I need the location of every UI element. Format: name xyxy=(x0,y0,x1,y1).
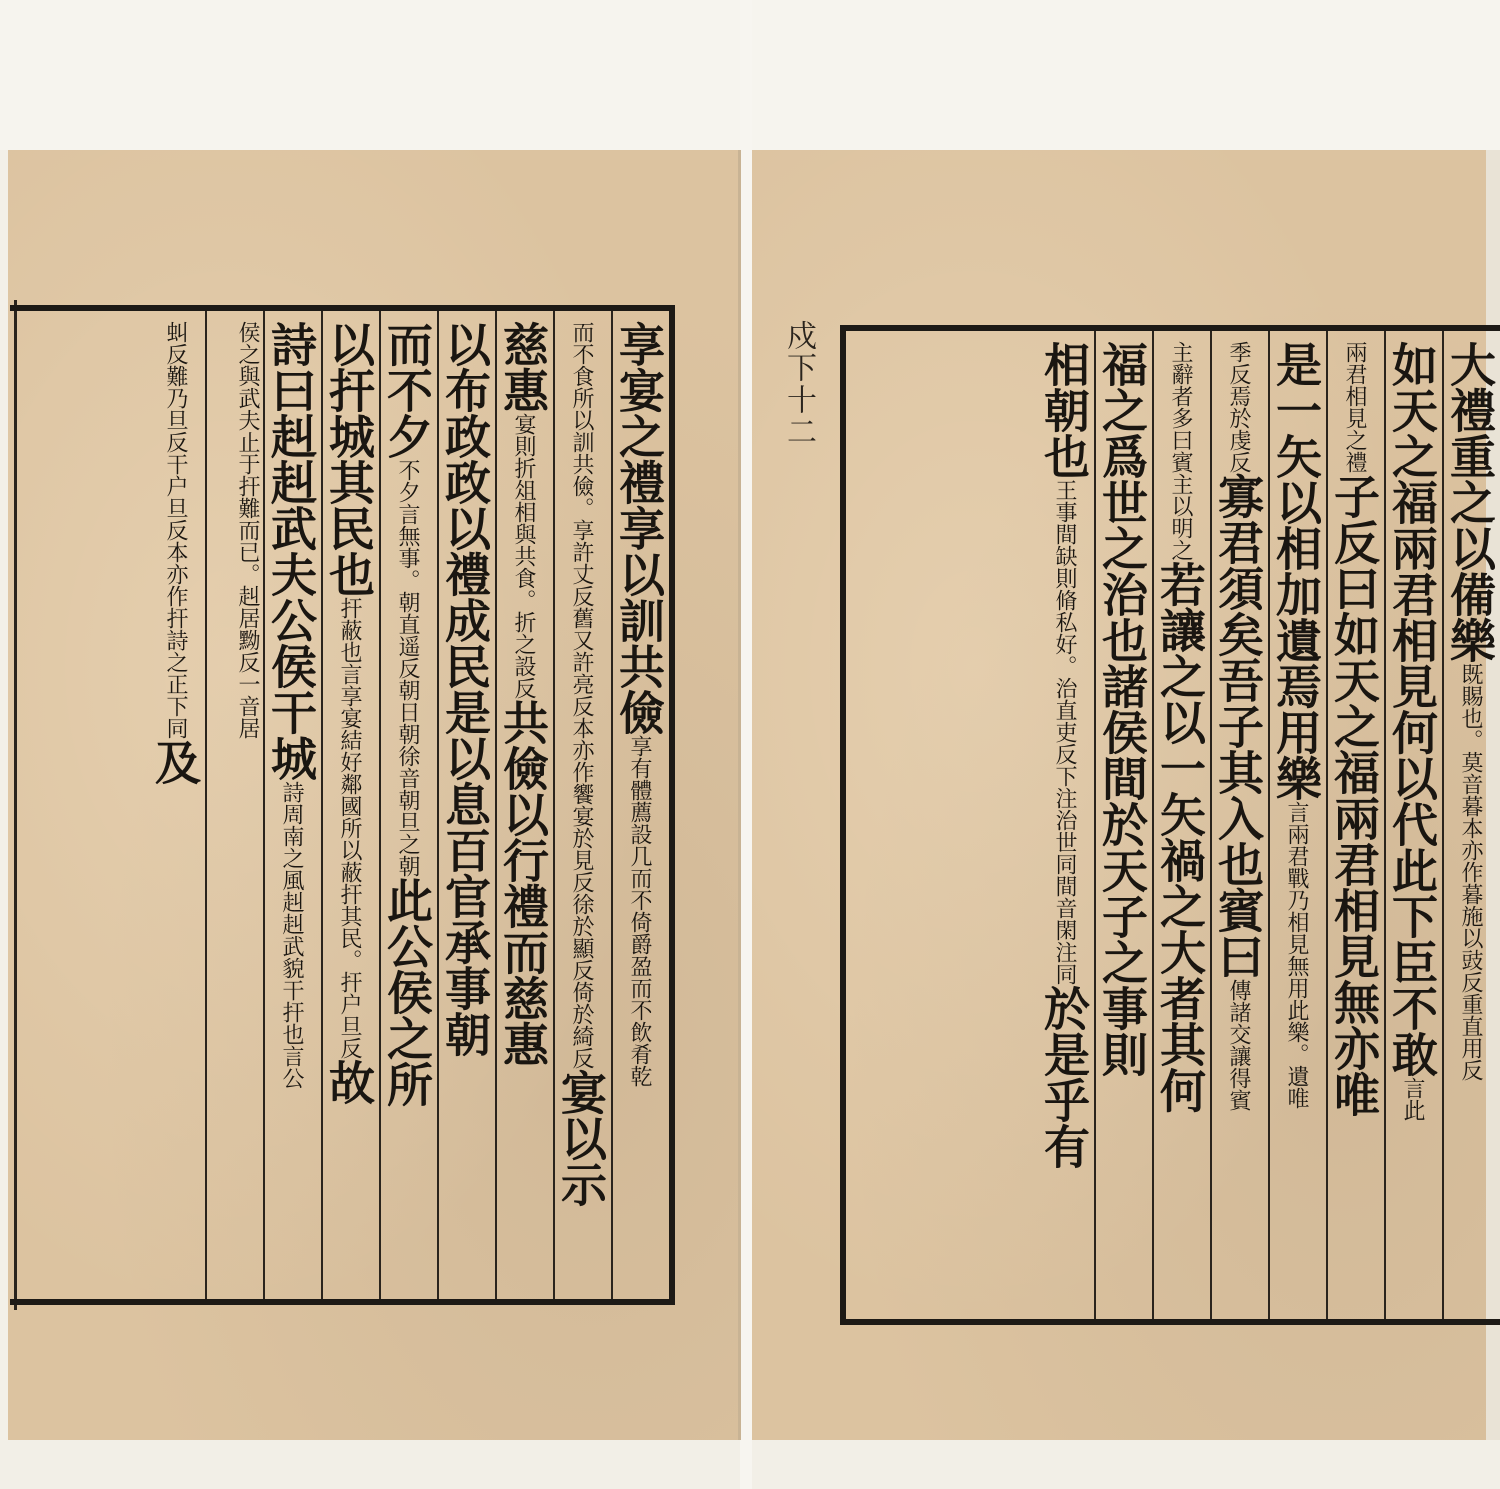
commentary-text: 王事間缺則脩私好。治直吏反下注治世同間音閑注同 xyxy=(1052,479,1077,985)
text-column: 大禮重之以備樂既賜也。莫音暮本亦作暮施以豉反重直用反 xyxy=(1442,331,1500,1319)
main-text: 此公侯之所 xyxy=(380,877,434,1107)
book-gutter xyxy=(740,0,752,1489)
commentary-text: 享有體薦設几而不倚爵盈而不飲肴乾 xyxy=(627,735,652,1087)
main-text: 故 xyxy=(322,1059,376,1105)
commentary-text: 扞蔽也言享宴結好鄰國所以蔽扞其民。扞户旦反 xyxy=(337,597,362,1059)
text-column: 如天之福兩君相見何以代此下臣不敢言此 xyxy=(1384,331,1442,1319)
main-text: 以布政政以禮成民是以息百官承事朝 xyxy=(438,321,492,1057)
text-column: 享宴之禮享以訓共儉享有體薦設几而不倚爵盈而不飲肴乾 xyxy=(611,311,669,1299)
main-text: 及 xyxy=(148,739,202,785)
main-text: 子反曰如天之福兩君相見無亦唯 xyxy=(1327,473,1381,1117)
commentary-text: 主辭者多曰賓主以明之 xyxy=(1168,341,1193,561)
text-column: 季反焉於虔反寡君須矣吾子其入也賓曰傳諸交讓得賓 xyxy=(1210,331,1268,1319)
main-text: 享宴之禮享以訓共儉 xyxy=(612,321,666,735)
main-text: 福之爲世之治也諸侯間於天子之事則 xyxy=(1095,341,1149,1077)
commentary-text: 兩君相見之禮 xyxy=(1342,341,1367,473)
commentary-text: 詩周南之風赳赳武貌干扞也言公 xyxy=(279,781,304,1089)
right-page-text-block: 大禮重之以備樂既賜也。莫音暮本亦作暮施以豉反重直用反 如天之福兩君相見何以代此下… xyxy=(840,325,1500,1325)
commentary-text: 傳諸交讓得賓 xyxy=(1226,979,1251,1111)
main-text: 而不夕 xyxy=(380,321,434,459)
text-column: 是一矢以相加遺焉用樂言兩君戰乃相見無用此樂。遺唯 xyxy=(1268,331,1326,1319)
commentary-text: 言此 xyxy=(1400,1077,1425,1121)
main-text: 若讓之以一矢禍之大者其何 xyxy=(1153,561,1207,1113)
main-text: 以扞城其民也 xyxy=(322,321,376,597)
text-column: 詩曰赳赳武夫公侯干城詩周南之風赳赳武貌干扞也言公 xyxy=(263,311,321,1299)
main-text: 宴以示 xyxy=(554,1069,608,1207)
main-text: 是一矢以相加遺焉用樂 xyxy=(1269,341,1323,801)
folio-label: 戍下十二 xyxy=(780,320,820,448)
text-column: 而不夕不夕言無事。朝直遥反朝日朝徐音朝旦之朝此公侯之所 xyxy=(379,311,437,1299)
main-text: 相朝也 xyxy=(1037,341,1091,479)
main-text: 詩曰赳赳武夫公侯干城 xyxy=(264,321,318,781)
main-text: 大禮重之以備樂 xyxy=(1443,341,1497,663)
commentary-text: 季反焉於虔反 xyxy=(1226,341,1251,473)
commentary-text: 虯反難乃旦反干户旦反本亦作扞詩之正下同 xyxy=(163,321,188,739)
text-column: 侯之與武夫止于扞難而已。赳居黝反一音居 xyxy=(205,311,263,1299)
text-column: 相朝也王事間缺則脩私好。治直吏反下注治世同間音閑注同於是乎有 xyxy=(1036,331,1094,1319)
commentary-text: 既賜也。莫音暮本亦作暮施以豉反重直用反 xyxy=(1458,663,1483,1081)
spine-shadow xyxy=(738,150,741,1440)
text-column: 而不食所以訓共儉。享許丈反舊又許亮反本亦作饗宴於見反徐於顯反倚於綺反宴以示 xyxy=(553,311,611,1299)
text-column: 慈惠宴則折俎相與共食。折之設反共儉以行禮而慈惠 xyxy=(495,311,553,1299)
text-column: 兩君相見之禮子反曰如天之福兩君相見無亦唯 xyxy=(1326,331,1384,1319)
main-text: 慈惠 xyxy=(496,321,550,413)
commentary-text: 而不食所以訓共儉。享許丈反舊又許亮反本亦作饗宴於見反徐於顯反倚於綺反 xyxy=(569,321,594,1069)
main-text: 於是乎有 xyxy=(1037,985,1091,1169)
text-column: 主辭者多曰賓主以明之若讓之以一矢禍之大者其何 xyxy=(1152,331,1210,1319)
main-text: 寡君須矣吾子其入也賓曰 xyxy=(1211,473,1265,979)
commentary-text: 宴則折俎相與共食。折之設反 xyxy=(511,413,536,699)
text-column: 以布政政以禮成民是以息百官承事朝 xyxy=(437,311,495,1299)
text-column: 福之爲世之治也諸侯間於天子之事則 xyxy=(1094,331,1152,1319)
text-column: 虯反難乃旦反干户旦反本亦作扞詩之正下同及 xyxy=(147,311,205,1299)
text-column: 以扞城其民也扞蔽也言享宴結好鄰國所以蔽扞其民。扞户旦反故 xyxy=(321,311,379,1299)
main-text: 共儉以行禮而慈惠 xyxy=(496,699,550,1067)
commentary-text: 言兩君戰乃相見無用此樂。遺唯 xyxy=(1284,801,1309,1109)
commentary-text: 不夕言無事。朝直遥反朝日朝徐音朝旦之朝 xyxy=(395,459,420,877)
left-page-text-block: 享宴之禮享以訓共儉享有體薦設几而不倚爵盈而不飲肴乾 而不食所以訓共儉。享許丈反舊… xyxy=(10,305,675,1305)
main-text: 如天之福兩君相見何以代此下臣不敢 xyxy=(1385,341,1439,1077)
commentary-text: 侯之與武夫止于扞難而已。赳居黝反一音居 xyxy=(235,321,260,739)
